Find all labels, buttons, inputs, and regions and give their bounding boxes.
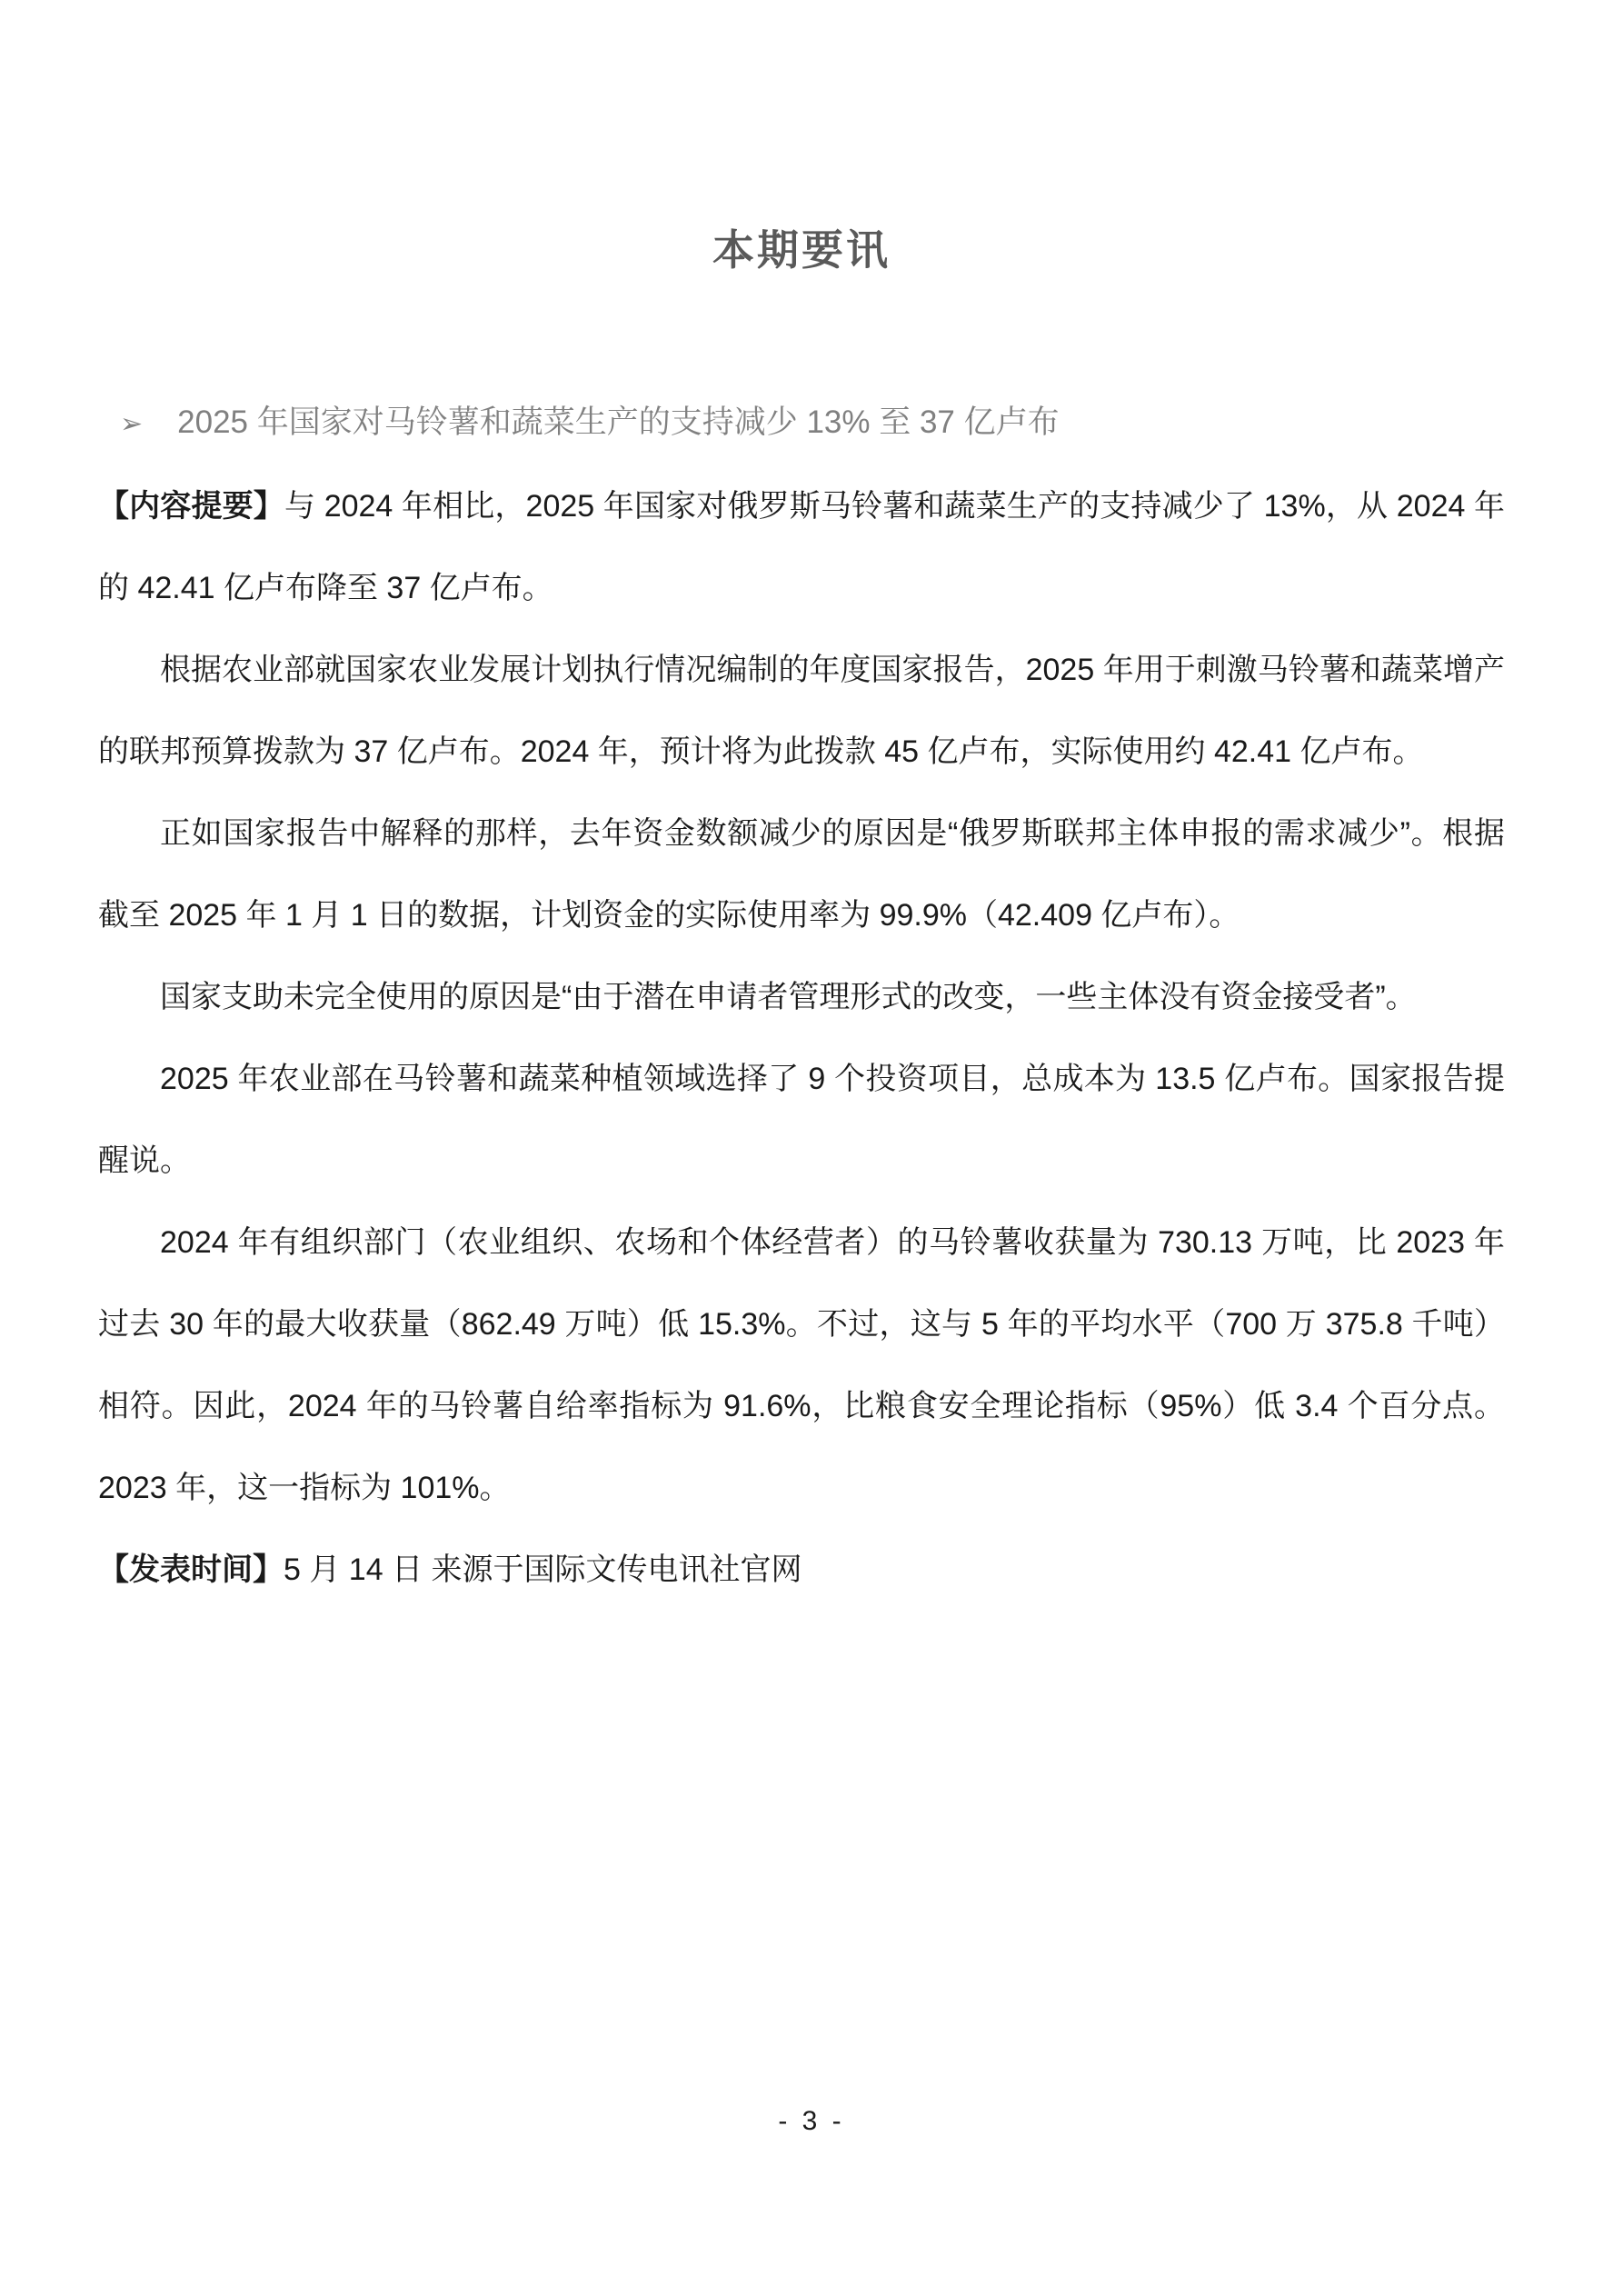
paragraph-body: 2024 年有组织部门（农业组织、农场和个体经营者）的马铃薯收获量为 730.1… bbox=[98, 1202, 1505, 1529]
paragraph-text: 5 月 14 日 来源于国际文传电讯社官网 bbox=[284, 1552, 802, 1587]
headline: ➢ 2025 年国家对马铃薯和蔬菜生产的支持减少 13% 至 37 亿卢布 bbox=[98, 397, 1505, 449]
paragraph-lead-label: 【发表时间】 bbox=[98, 1552, 284, 1587]
paragraph-publish-date: 【发表时间】5 月 14 日 来源于国际文传电讯社官网 bbox=[98, 1529, 1505, 1611]
paragraph-body: 国家支助未完全使用的原因是“由于潜在申请者管理形式的改变，一些主体没有资金接受者… bbox=[98, 956, 1505, 1038]
arrow-bullet-icon: ➢ bbox=[120, 399, 143, 449]
page-number: - 3 - bbox=[0, 2106, 1623, 2137]
paragraph-lead-label: 【内容提要】 bbox=[98, 489, 284, 524]
paragraph-text: 与 2024 年相比，2025 年国家对俄罗斯马铃薯和蔬菜生产的支持减少了 13… bbox=[98, 489, 1505, 605]
paragraph-body: 正如国家报告中解释的那样，去年资金数额减少的原因是“俄罗斯联邦主体申报的需求减少… bbox=[98, 793, 1505, 956]
paragraph-text: 国家支助未完全使用的原因是“由于潜在申请者管理形式的改变，一些主体没有资金接受者… bbox=[160, 980, 1417, 1014]
paragraph-text: 根据农业部就国家农业发展计划执行情况编制的年度国家报告，2025 年用于刺激马铃… bbox=[98, 653, 1505, 769]
paragraph-text: 2025 年农业部在马铃薯和蔬菜种植领域选择了 9 个投资项目，总成本为 13.… bbox=[98, 1062, 1505, 1178]
document-page: 本期要讯 ➢ 2025 年国家对马铃薯和蔬菜生产的支持减少 13% 至 37 亿… bbox=[0, 0, 1623, 2296]
page-title: 本期要讯 bbox=[98, 223, 1505, 277]
paragraph-text: 正如国家报告中解释的那样，去年资金数额减少的原因是“俄罗斯联邦主体申报的需求减少… bbox=[98, 816, 1505, 933]
paragraph-body: 2025 年农业部在马铃薯和蔬菜种植领域选择了 9 个投资项目，总成本为 13.… bbox=[98, 1038, 1505, 1202]
headline-text: 2025 年国家对马铃薯和蔬菜生产的支持减少 13% 至 37 亿卢布 bbox=[177, 397, 1059, 447]
paragraph-text: 2024 年有组织部门（农业组织、农场和个体经营者）的马铃薯收获量为 730.1… bbox=[98, 1225, 1505, 1505]
paragraph-content-summary: 【内容提要】与 2024 年相比，2025 年国家对俄罗斯马铃薯和蔬菜生产的支持… bbox=[98, 465, 1505, 629]
paragraph-body: 根据农业部就国家农业发展计划执行情况编制的年度国家报告，2025 年用于刺激马铃… bbox=[98, 629, 1505, 793]
